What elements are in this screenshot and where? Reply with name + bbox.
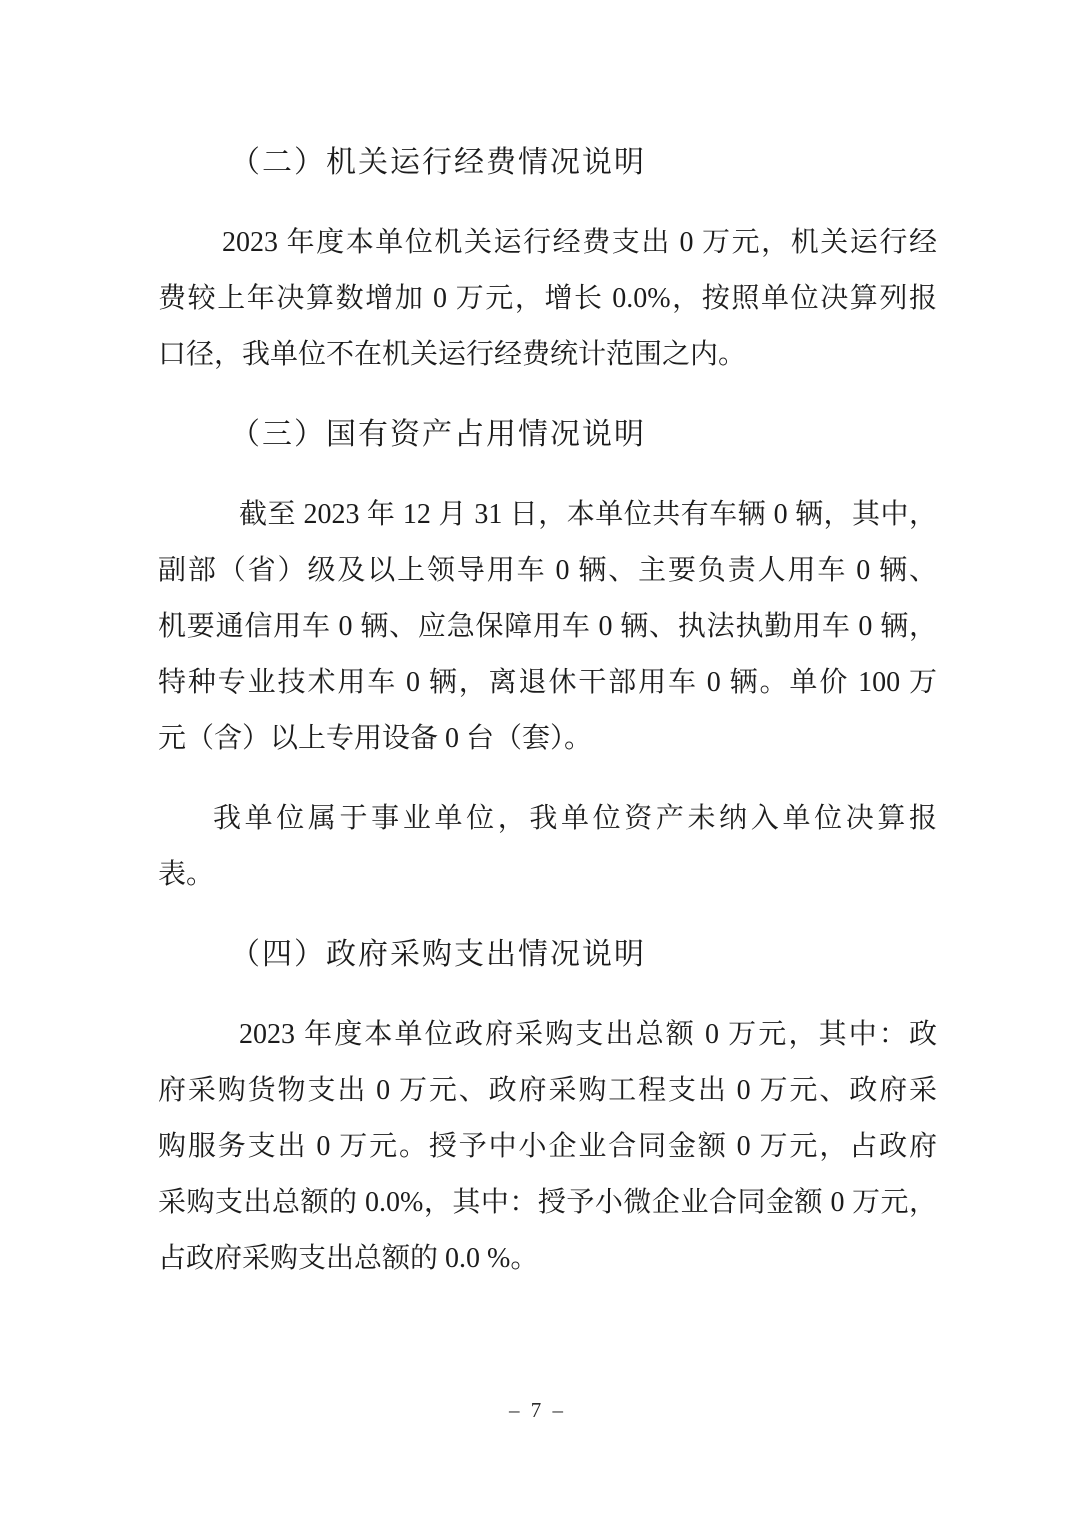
- text-line: 采购支出总额的 0.0%，其中：授予小微企业合同金额 0 万元，: [158, 1175, 937, 1231]
- text-line: 2023 年度本单位机关运行经费支出 0 万元，机关运行经: [158, 215, 937, 271]
- text-line: 2023 年度本单位政府采购支出总额 0 万元，其中：政: [158, 1007, 937, 1063]
- section-heading-agency-operating-costs: （二）机关运行经费情况说明: [158, 135, 937, 191]
- text-line: 副部（省）级及以上领导用车 0 辆、主要负责人用车 0 辆、: [158, 543, 937, 599]
- text-line: 截至 2023 年 12 月 31 日，本单位共有车辆 0 辆，其中，: [158, 487, 937, 543]
- section-heading-government-procurement: （四）政府采购支出情况说明: [158, 927, 937, 983]
- text-line: 我单位属于事业单位，我单位资产未纳入单位决算报: [158, 791, 937, 847]
- text-line: 购服务支出 0 万元。授予中小企业合同金额 0 万元，占政府: [158, 1119, 937, 1175]
- document-page: （二）机关运行经费情况说明 2023 年度本单位机关运行经费支出 0 万元，机关…: [0, 0, 1075, 1520]
- page-number: – 7 –: [509, 1398, 566, 1422]
- section-heading-state-assets: （三）国有资产占用情况说明: [158, 407, 937, 463]
- text-line: 费较上年决算数增加 0 万元，增长 0.0%，按照单位决算列报: [158, 271, 937, 327]
- page-footer: – 7 –: [0, 1398, 1075, 1423]
- text-line: 口径，我单位不在机关运行经费统计范围之内。: [158, 327, 937, 383]
- text-line: 特种专业技术用车 0 辆，离退休干部用车 0 辆。单价 100 万: [158, 655, 937, 711]
- text-line: 机要通信用车 0 辆、应急保障用车 0 辆、执法执勤用车 0 辆，: [158, 599, 937, 655]
- text-line: 占政府采购支出总额的 0.0 %。: [158, 1231, 937, 1287]
- text-line: 府采购货物支出 0 万元、政府采购工程支出 0 万元、政府采: [158, 1063, 937, 1119]
- paragraph-operating-costs: 2023 年度本单位机关运行经费支出 0 万元，机关运行经 费较上年决算数增加 …: [158, 215, 937, 383]
- text-line: 元（含）以上专用设备 0 台（套）。: [158, 711, 937, 767]
- paragraph-procurement: 2023 年度本单位政府采购支出总额 0 万元，其中：政 府采购货物支出 0 万…: [158, 1007, 937, 1287]
- paragraph-vehicles-equipment: 截至 2023 年 12 月 31 日，本单位共有车辆 0 辆，其中， 副部（省…: [158, 487, 937, 767]
- paragraph-unit-type-note: 我单位属于事业单位，我单位资产未纳入单位决算报 表。: [158, 791, 937, 903]
- text-line: 表。: [158, 847, 937, 903]
- document-body: （二）机关运行经费情况说明 2023 年度本单位机关运行经费支出 0 万元，机关…: [158, 135, 937, 1311]
